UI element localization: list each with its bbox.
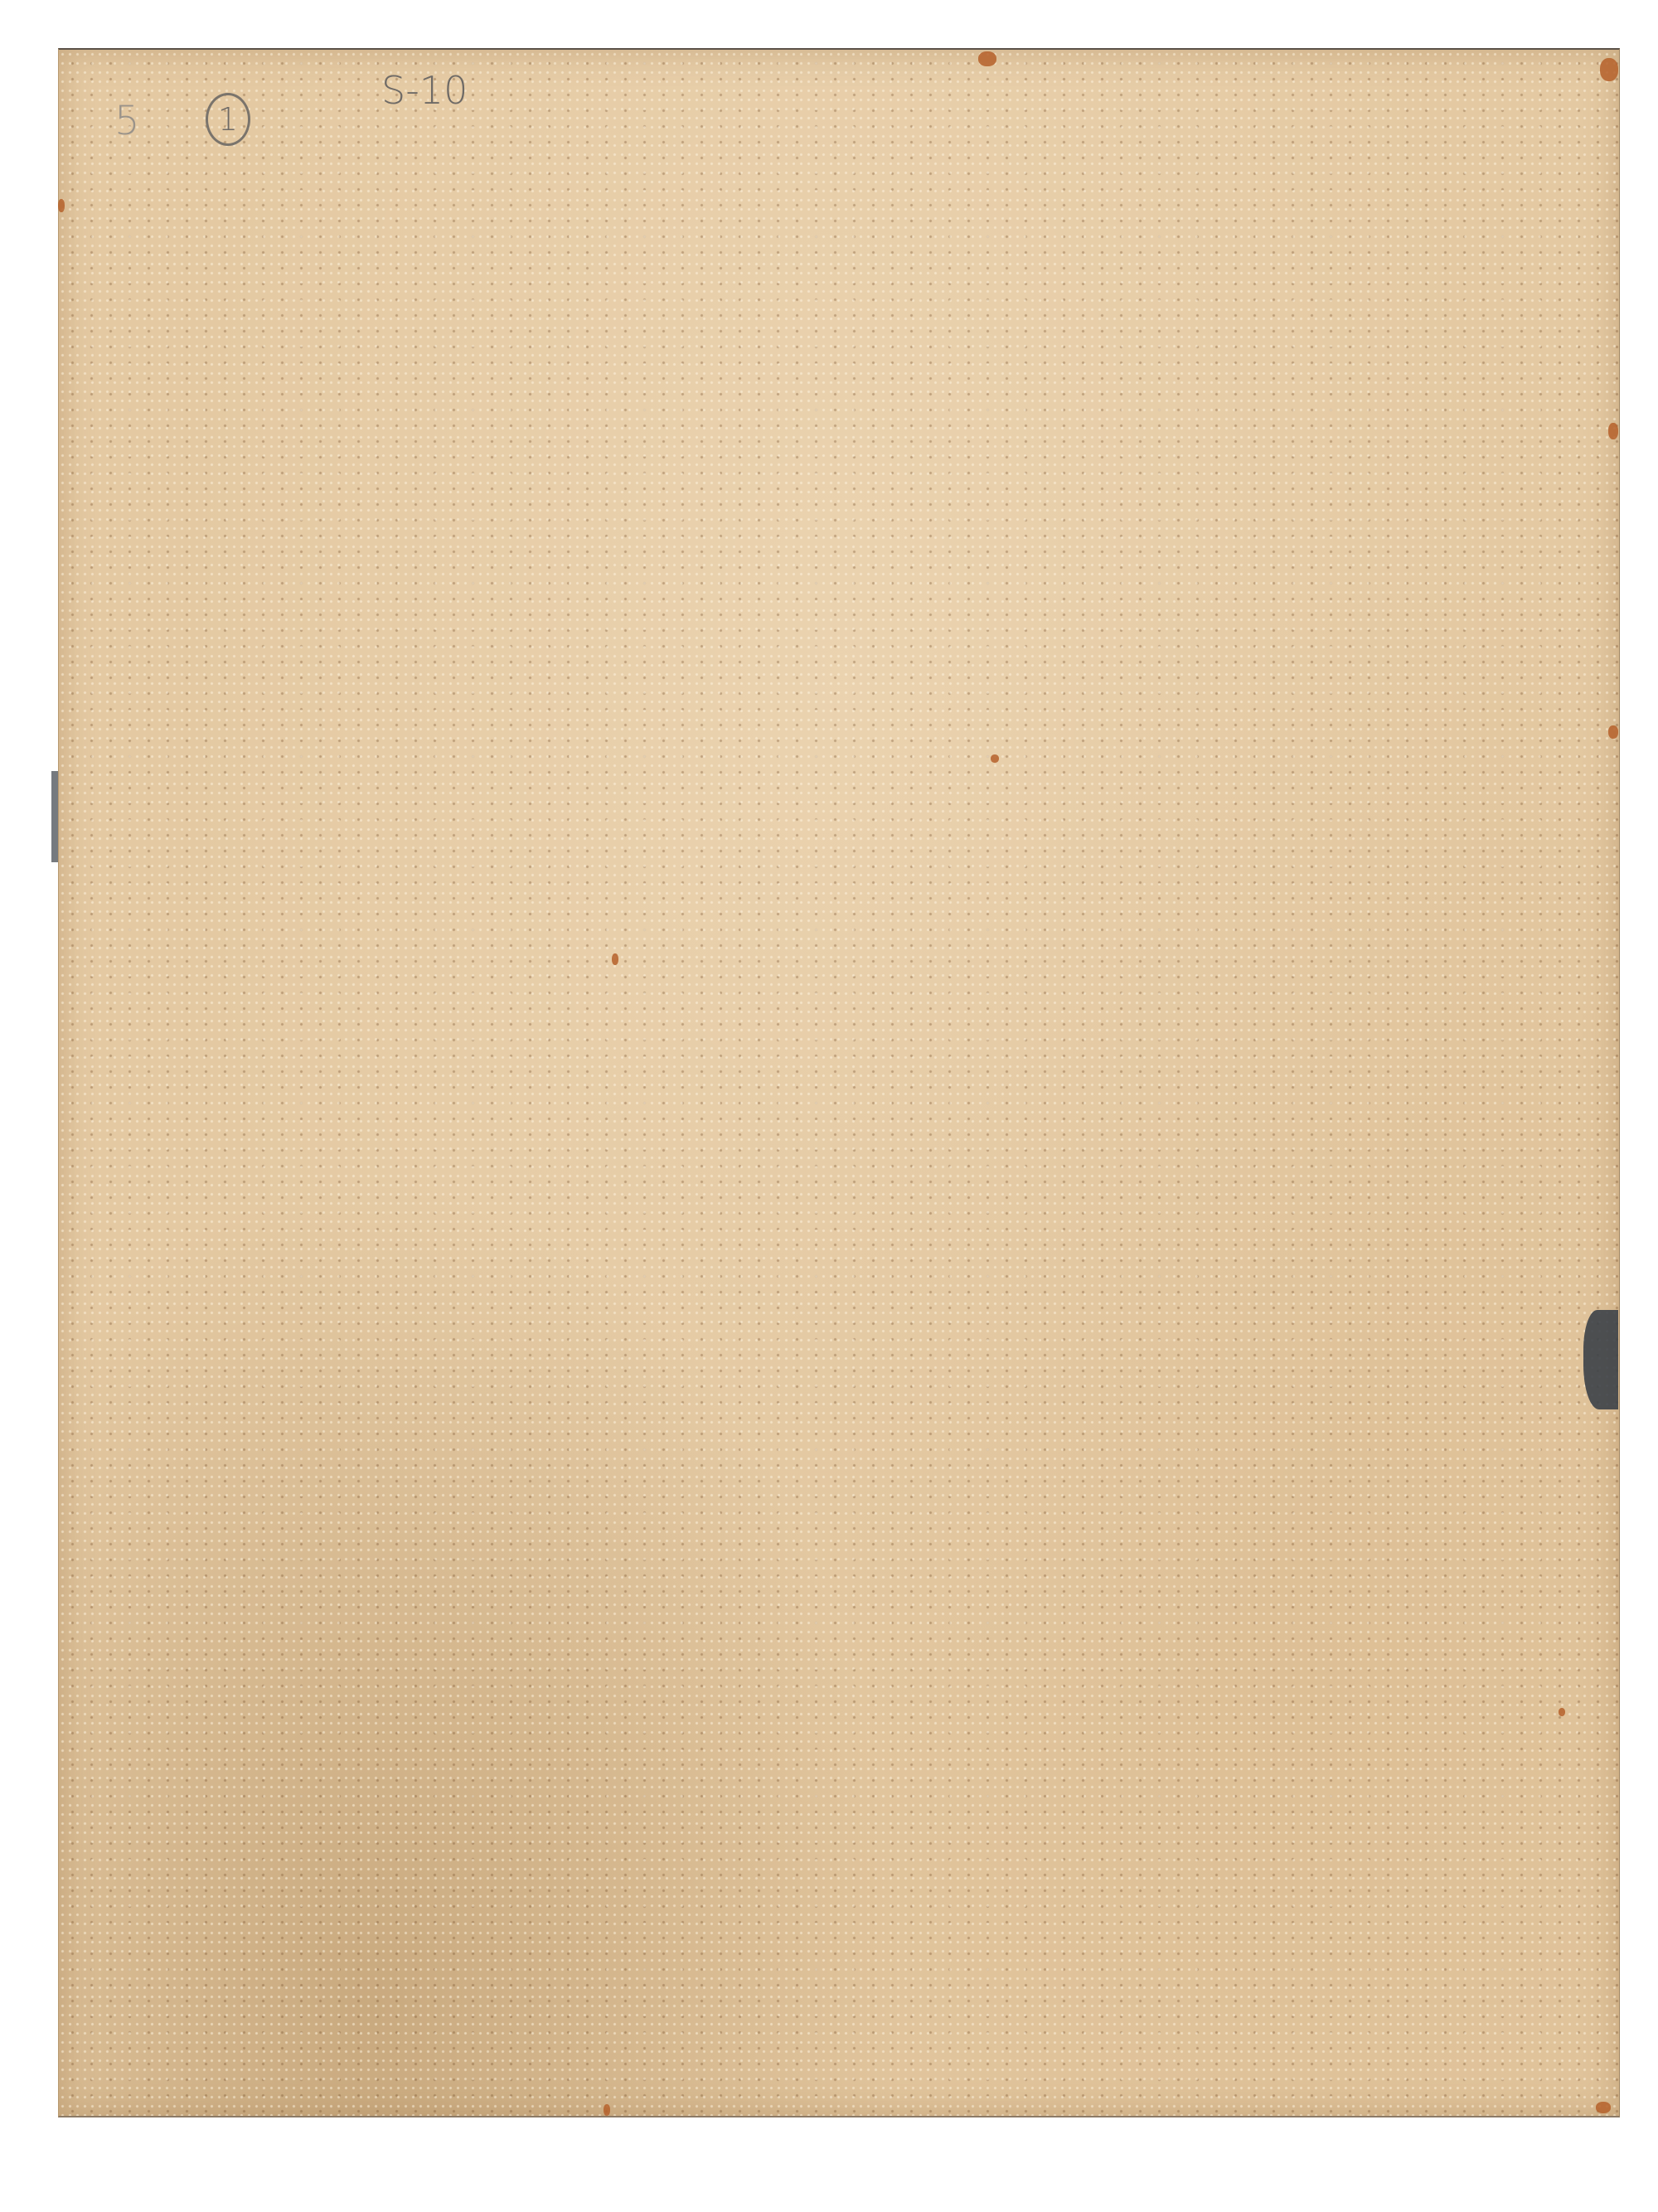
edge-wear — [51, 771, 58, 862]
rust-spot — [1559, 1708, 1565, 1716]
rust-spot — [58, 199, 65, 212]
handwritten-catalog-code: S-10 — [381, 71, 468, 109]
rust-spot — [1600, 58, 1618, 81]
rust-spot — [991, 754, 999, 763]
handwritten-mark-5: 5 — [114, 101, 140, 141]
board-texture — [59, 50, 1619, 2116]
rust-spot — [978, 51, 996, 66]
rust-spot — [1608, 725, 1618, 739]
rust-spot — [1596, 2102, 1611, 2113]
board-back — [58, 48, 1620, 2117]
dark-stain — [1583, 1310, 1618, 1409]
handwritten-circled-number: 1 — [206, 93, 250, 146]
rust-spot — [1608, 423, 1618, 439]
rust-spot — [612, 953, 618, 965]
rust-spot — [604, 2104, 610, 2116]
